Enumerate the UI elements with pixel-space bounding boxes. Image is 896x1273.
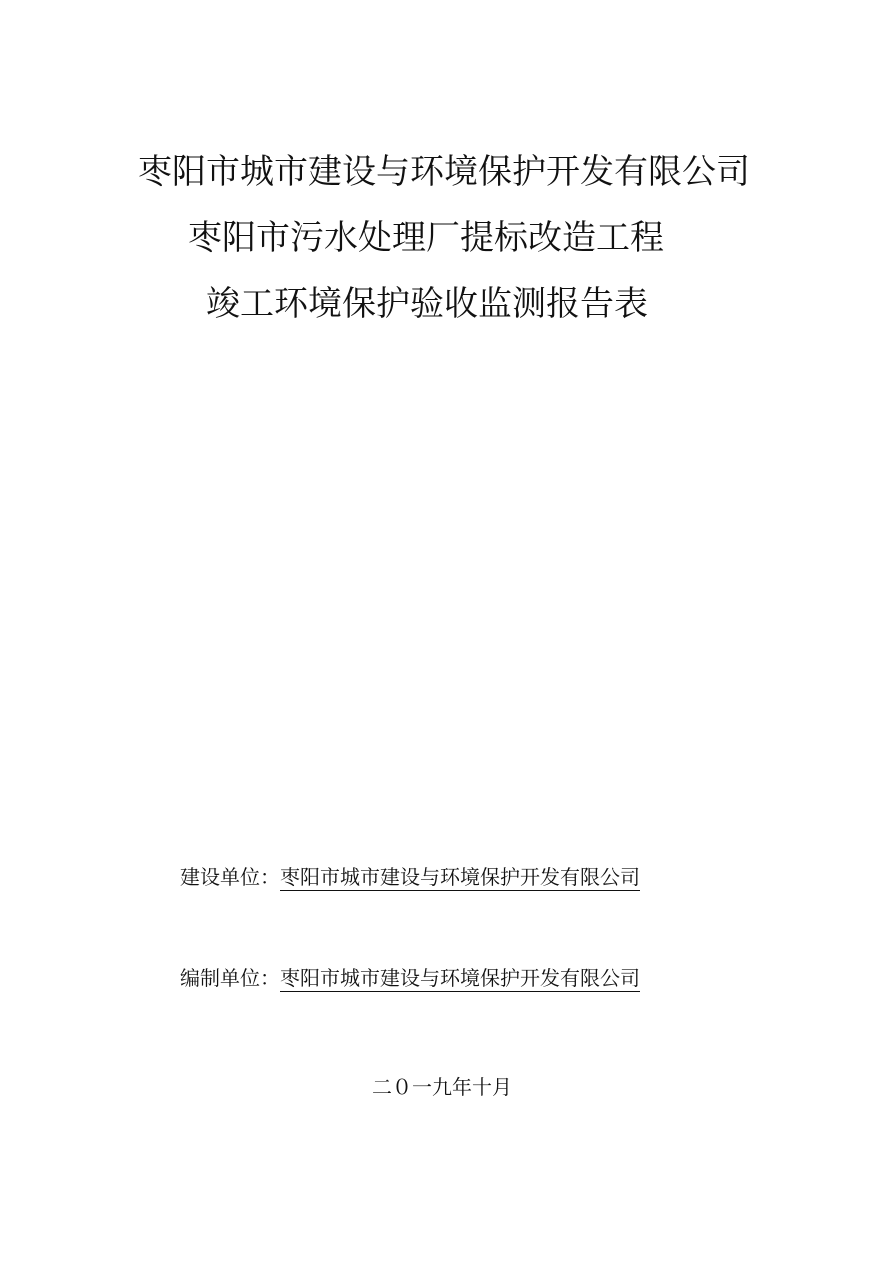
report-date: 二０一九年十月 [372,1073,512,1101]
title-company: 枣阳市城市建设与环境保护开发有限公司 [138,152,742,192]
construction-unit-row: 建设单位：枣阳市城市建设与环境保护开发有限公司 [180,863,640,891]
construction-unit-value: 枣阳市城市建设与环境保护开发有限公司 [280,865,640,891]
compiling-unit-row: 编制单位：枣阳市城市建设与环境保护开发有限公司 [180,964,640,992]
compiling-unit-label: 编制单位： [180,964,280,992]
title-report-type: 竣工环境保护验收监测报告表 [206,284,642,324]
title-project: 枣阳市污水处理厂提标改造工程 [188,218,658,258]
compiling-unit-value: 枣阳市城市建设与环境保护开发有限公司 [280,966,640,992]
construction-unit-label: 建设单位： [180,863,280,891]
